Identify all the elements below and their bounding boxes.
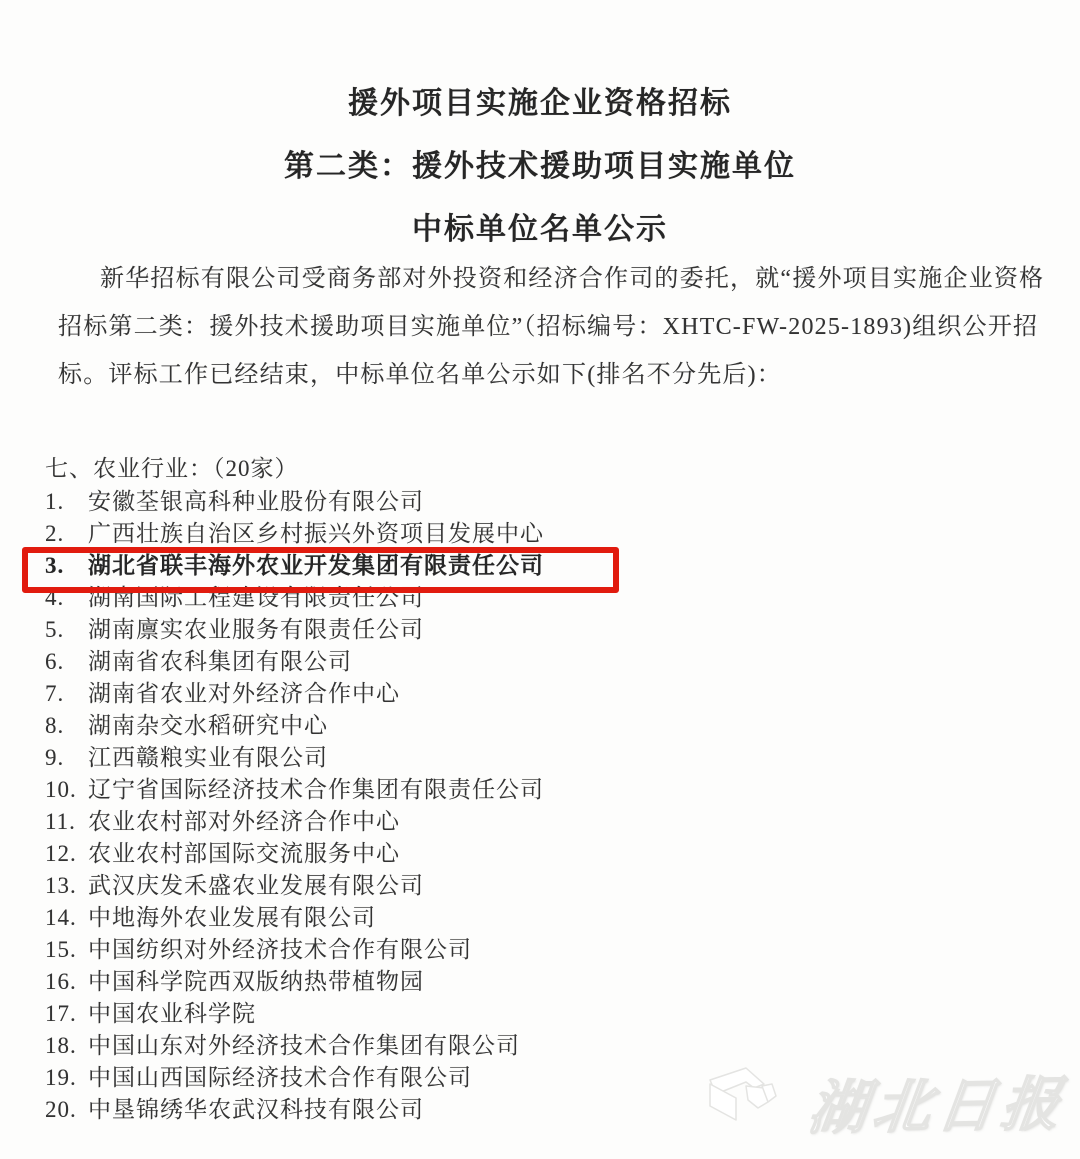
hubei-daily-logo-icon (702, 1062, 790, 1140)
list-item-name: 江西赣粮实业有限公司 (88, 742, 328, 774)
intro-line: 标。评标工作已经结束，中标单位名单公示如下(排名不分先后)： (58, 351, 1038, 399)
list-item-number: 18. (45, 1030, 88, 1062)
list-item-name: 辽宁省国际经济技术合作集团有限责任公司 (88, 774, 544, 806)
list-item: 15.中国纺织对外经济技术合作有限公司 (45, 934, 1045, 966)
list-item: 11.农业农村部对外经济合作中心 (45, 806, 1045, 838)
list-item: 10.辽宁省国际经济技术合作集团有限责任公司 (45, 774, 1045, 806)
list-item: 14.中地海外农业发展有限公司 (45, 902, 1045, 934)
list-item: 18.中国山东对外经济技术合作集团有限公司 (45, 1030, 1045, 1062)
list-item: 8.湖南杂交水稻研究中心 (45, 710, 1045, 742)
list-item-name: 武汉庆发禾盛农业发展有限公司 (88, 870, 424, 902)
document-title-line-1: 援外项目实施企业资格招标 (0, 78, 1080, 122)
list-item-name: 湖南省农科集团有限公司 (88, 646, 352, 678)
list-item-name: 湖北省联丰海外农业开发集团有限责任公司 (88, 550, 544, 582)
list-item-name: 中国纺织对外经济技术合作有限公司 (88, 934, 472, 966)
list-item-number: 11. (45, 806, 88, 838)
list-item-name: 中国农业科学院 (88, 998, 256, 1030)
list-item-name: 中国山东对外经济技术合作集团有限公司 (88, 1030, 520, 1062)
document-title-line-3: 中标单位名单公示 (0, 204, 1080, 248)
list-item-number: 20. (45, 1094, 88, 1126)
agriculture-section: 七、农业行业：（20家） 1.安徽荃银高科种业股份有限公司2.广西壮族自治区乡村… (45, 452, 1045, 1126)
list-item: 6.湖南省农科集团有限公司 (45, 646, 1045, 678)
list-item-number: 8. (45, 710, 88, 742)
list-item: 12.农业农村部国际交流服务中心 (45, 838, 1045, 870)
list-item-number: 2. (45, 518, 88, 550)
list-item-name: 湖南杂交水稻研究中心 (88, 710, 328, 742)
document-page: 援外项目实施企业资格招标 第二类：援外技术援助项目实施单位 中标单位名单公示 新… (0, 0, 1080, 1159)
list-item: 16.中国科学院西双版纳热带植物园 (45, 966, 1045, 998)
list-item-number: 15. (45, 934, 88, 966)
list-item-number: 1. (45, 486, 88, 518)
section-header: 七、农业行业：（20家） (45, 452, 1045, 486)
list-item-number: 4. (45, 582, 88, 614)
watermark-text: 湖北日报 (805, 1057, 1072, 1145)
watermark: 湖北日报 (702, 1059, 1066, 1143)
document-title-line-2: 第二类：援外技术援助项目实施单位 (0, 141, 1080, 185)
intro-line: 招标第二类：援外技术援助项目实施单位”（招标编号：XHTC-FW-2025-18… (58, 303, 1038, 351)
list-item: 1.安徽荃银高科种业股份有限公司 (45, 486, 1045, 518)
list-item-number: 10. (45, 774, 88, 806)
list-item: 3.湖北省联丰海外农业开发集团有限责任公司 (45, 550, 1045, 582)
list-item-number: 6. (45, 646, 88, 678)
list-item: 17.中国农业科学院 (45, 998, 1045, 1030)
list-item: 9.江西赣粮实业有限公司 (45, 742, 1045, 774)
list-item-name: 中垦锦绣华农武汉科技有限公司 (88, 1094, 424, 1126)
list-item-number: 16. (45, 966, 88, 998)
list-item-name: 广西壮族自治区乡村振兴外资项目发展中心 (88, 518, 544, 550)
list-item-number: 13. (45, 870, 88, 902)
list-item: 13.武汉庆发禾盛农业发展有限公司 (45, 870, 1045, 902)
list-item-number: 5. (45, 614, 88, 646)
list-item-name: 湖南省农业对外经济合作中心 (88, 678, 400, 710)
list-item-number: 9. (45, 742, 88, 774)
list-item-name: 安徽荃银高科种业股份有限公司 (88, 486, 424, 518)
list-item-name: 农业农村部国际交流服务中心 (88, 838, 400, 870)
list-item-name: 中国科学院西双版纳热带植物园 (88, 966, 424, 998)
list-item-number: 14. (45, 902, 88, 934)
intro-paragraph: 新华招标有限公司受商务部对外投资和经济合作司的委托，就“援外项目实施企业资格 招… (58, 255, 1038, 399)
list-item: 2.广西壮族自治区乡村振兴外资项目发展中心 (45, 518, 1045, 550)
list-item-name: 中地海外农业发展有限公司 (88, 902, 376, 934)
list-item-name: 农业农村部对外经济合作中心 (88, 806, 400, 838)
list-item: 4.湖南国际工程建设有限责任公司 (45, 582, 1045, 614)
list-item-number: 3. (45, 550, 88, 582)
company-list: 1.安徽荃银高科种业股份有限公司2.广西壮族自治区乡村振兴外资项目发展中心3.湖… (45, 486, 1045, 1126)
list-item-number: 19. (45, 1062, 88, 1094)
list-item-number: 7. (45, 678, 88, 710)
list-item-name: 中国山西国际经济技术合作有限公司 (88, 1062, 472, 1094)
list-item-name: 湖南廪实农业服务有限责任公司 (88, 614, 424, 646)
list-item-number: 17. (45, 998, 88, 1030)
list-item: 7.湖南省农业对外经济合作中心 (45, 678, 1045, 710)
list-item-number: 12. (45, 838, 88, 870)
list-item: 5.湖南廪实农业服务有限责任公司 (45, 614, 1045, 646)
intro-line: 新华招标有限公司受商务部对外投资和经济合作司的委托，就“援外项目实施企业资格 (58, 255, 1038, 303)
list-item-name: 湖南国际工程建设有限责任公司 (88, 582, 424, 614)
